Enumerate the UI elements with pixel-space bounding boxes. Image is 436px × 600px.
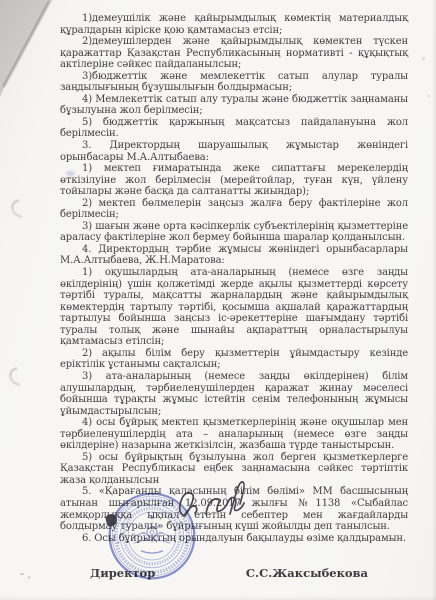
paragraph: 5) бюджеттік қаржының мақсатсыз пайдалан…	[60, 117, 408, 140]
paragraph: 4. Директордың тәрбие жұмысы жөніндегі о…	[60, 244, 408, 267]
paper-speck	[427, 95, 430, 97]
scanned-document-page: 1)демеушілік және қайырымдылық көмектің …	[0, 0, 436, 600]
hole-punch-mark-bottom	[6, 364, 31, 389]
signer-name: С.С.Жаксыбекова	[246, 566, 368, 580]
paragraph: 4) Мемлекеттік сатып алу туралы және бюд…	[60, 94, 408, 117]
scan-edge-bottom	[0, 596, 436, 600]
paragraph: 3)бюджеттік және мемлекеттік сатып алула…	[60, 71, 408, 94]
paragraph: 2) мектеп бөлмелерін заңсыз жалға беру ф…	[60, 198, 408, 221]
paper-speck	[28, 576, 30, 579]
paragraph: 3) шағын және орта кәсіпкерлік субъектіл…	[60, 221, 408, 244]
paragraph: 1) оқушылардың ата-аналарының (немесе өз…	[60, 267, 408, 348]
hole-punch-mark-top	[8, 196, 33, 221]
paragraph: 1) мектеп ғимаратында жеке сипаттағы мер…	[60, 163, 408, 198]
paragraph: 2)демеушілерден және қайырымдылық көмект…	[60, 36, 408, 71]
document-body: 1)демеушілік және қайырымдылық көмектің …	[60, 13, 408, 544]
scan-edge-right	[432, 0, 436, 600]
handwritten-signature	[128, 474, 248, 526]
paper-speck	[422, 57, 425, 60]
paragraph: 1)демеушілік және қайырымдылық көмектің …	[60, 13, 408, 36]
paragraph: 4) осы бұйрық мектеп қызметкерлерінің жә…	[60, 417, 408, 452]
paper-speck	[20, 573, 24, 575]
paragraph: 2) ақылы білім беру қызметтерін ұйымдаст…	[60, 348, 408, 371]
paragraph: 3. Директордың шаруашылық жұмыстар жөнін…	[60, 140, 408, 163]
paragraph: 3) ата-аналарының (немесе заңды өкілдері…	[60, 371, 408, 417]
